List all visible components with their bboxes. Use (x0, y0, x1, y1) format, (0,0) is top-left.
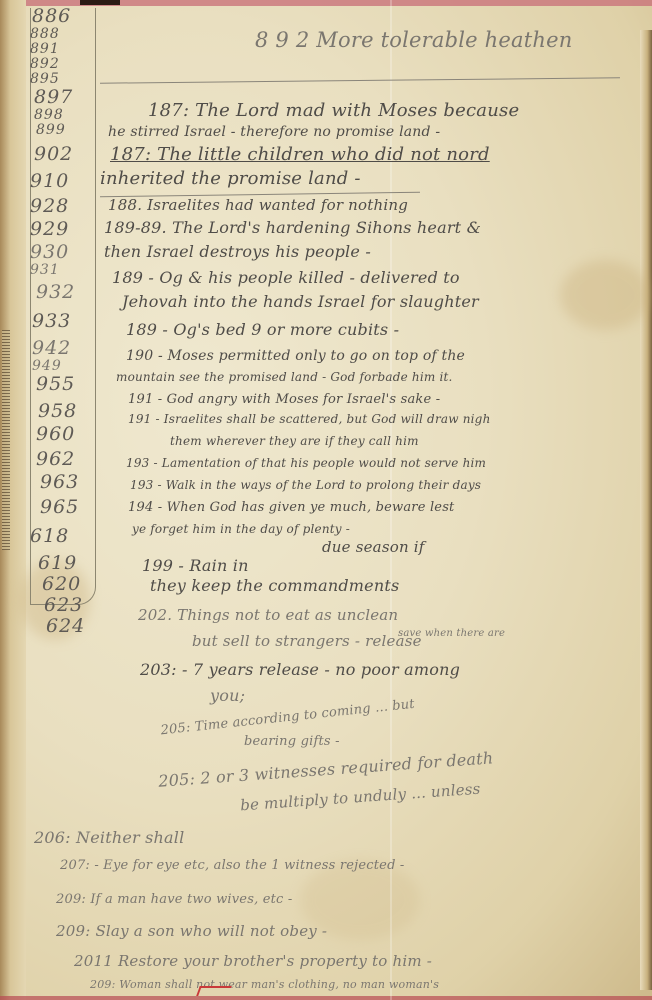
note-line: due season if (322, 538, 425, 556)
margin-number: 618 (30, 526, 110, 547)
note-line: save when there are (398, 628, 505, 639)
margin-number: 888 (30, 27, 110, 42)
note-line: he stirred Israel - therefore no promise… (108, 124, 440, 140)
note-line: 207: - Eye for eye etc, also the 1 witne… (60, 858, 405, 873)
margin-number: 895 (30, 72, 110, 87)
margin-number: 619 (38, 553, 110, 574)
note-line: 199 - Rain in (142, 556, 249, 575)
note-line: 193 - Walk in the ways of the Lord to pr… (130, 478, 481, 492)
note-line: ye forget him in the day of plenty - (132, 522, 350, 536)
note-line: 187: The little children who did not nor… (110, 144, 490, 165)
margin-number: 891 (30, 42, 110, 57)
note-line: 191 - Israelites shall be scattered, but… (128, 412, 491, 426)
scanned-page: 886 888 891 892 895 897 898 899 902 910 … (0, 0, 652, 1000)
margin-number: 624 (46, 616, 110, 637)
note-line: 205: Time according to coming ... but (160, 697, 416, 739)
note-line: inherited the promise land - (100, 168, 361, 189)
margin-number: 958 (38, 401, 110, 422)
margin-numbers: 886 888 891 892 895 897 898 899 902 910 … (30, 6, 110, 637)
margin-number: 933 (32, 311, 110, 332)
margin-number: 963 (40, 472, 110, 493)
note-line: mountain see the promised land - God for… (116, 370, 453, 384)
note-line: 187: The Lord mad with Moses because (148, 100, 519, 121)
margin-number: 932 (36, 282, 110, 303)
title-rule (100, 77, 620, 83)
note-line: 209: Slay a son who will not obey - (56, 922, 327, 940)
note-line: 189-89. The Lord's hardening Sihons hear… (104, 218, 481, 237)
page-title: 8 9 2 More tolerable heathen (255, 28, 572, 52)
margin-number: 949 (32, 359, 110, 374)
note-line: them wherever they are if they call him (170, 434, 419, 448)
note-line: 209: If a man have two wives, etc - (56, 892, 292, 907)
note-line: but sell to strangers - release (192, 632, 422, 650)
margin-number: 899 (36, 123, 110, 138)
bottom-red-band (0, 996, 652, 1000)
red-pencil-mark (196, 986, 232, 996)
note-line: they keep the commandments (150, 576, 399, 595)
torn-right-edge (640, 30, 652, 990)
note-line: 193 - Lamentation of that his people wou… (126, 456, 486, 470)
top-dark-tab (80, 0, 120, 5)
note-line: 190 - Moses permitted only to go on top … (126, 348, 465, 364)
note-line: 202. Things not to eat as unclean (138, 606, 398, 624)
margin-number: 928 (30, 196, 110, 217)
margin-number: 902 (34, 144, 110, 165)
note-line: 188. Israelites had wanted for nothing (108, 196, 408, 214)
note-line: 206: Neither shall (34, 828, 184, 847)
paper-stain (560, 260, 650, 330)
note-line: 189 - Og & his people killed - delivered… (112, 268, 460, 287)
margin-number: 955 (36, 374, 110, 395)
binding-mesh (2, 330, 10, 550)
note-line: 189 - Og's bed 9 or more cubits - (126, 320, 399, 339)
margin-number: 942 (32, 338, 110, 359)
note-line: 203: - 7 years release - no poor among (140, 660, 460, 679)
margin-number: 886 (32, 6, 110, 27)
note-line: 209: Woman shall not wear man's clothing… (90, 978, 439, 991)
margin-number: 910 (30, 171, 110, 192)
margin-number: 897 (34, 87, 110, 108)
margin-number: 965 (40, 497, 110, 518)
note-line: 191 - God angry with Moses for Israel's … (128, 392, 440, 407)
margin-number: 898 (34, 108, 110, 123)
margin-number: 931 (30, 263, 110, 278)
margin-number: 929 (30, 219, 110, 240)
note-line: you; (210, 686, 245, 705)
margin-number: 962 (36, 449, 110, 470)
note-line: Jehovah into the hands Israel for slaugh… (122, 292, 479, 311)
margin-number: 960 (36, 424, 110, 445)
note-line: 2011 Restore your brother's property to … (74, 952, 432, 970)
margin-number: 930 (30, 242, 110, 263)
note-line: bearing gifts - (244, 734, 340, 749)
margin-number: 892 (30, 57, 110, 72)
margin-number: 623 (44, 595, 110, 616)
margin-number: 620 (42, 574, 110, 595)
note-line: be multiply to unduly ... unless (240, 780, 481, 815)
note-line: 194 - When God has given ye much, beware… (128, 500, 454, 515)
note-line: then Israel destroys his people - (104, 242, 371, 261)
